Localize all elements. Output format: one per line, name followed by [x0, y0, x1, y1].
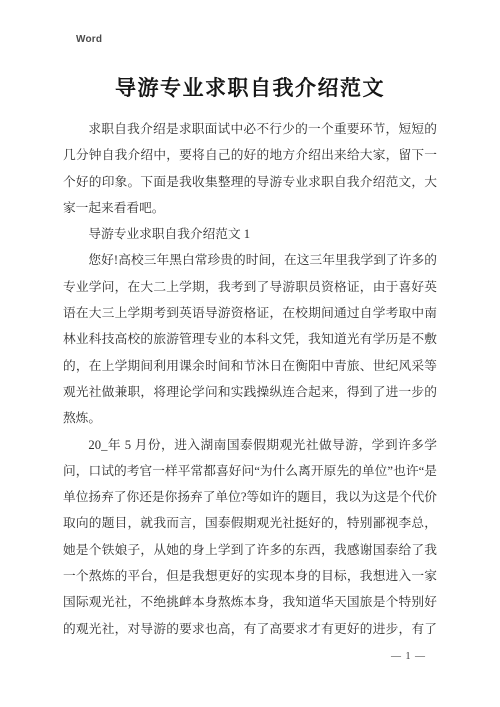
text-line: 林业科技高校的旅游管理专业的本科文凭，我知道光有学历是不敷 — [63, 326, 437, 352]
text-line: 国际观光社，不绝挑衅本身熬炼本身，我知道华天国旅是个特别好 — [63, 589, 437, 615]
text-line: 她是个铁娘子，从她的身上学到了许多的东西，我感谢国泰给了我 — [63, 537, 437, 563]
text-line: 您好!高校三年黑白常珍贵的时间，在这三年里我学到了许多的 — [63, 247, 437, 273]
text-line: 问，口试的考官一样平常都喜好问“为什么离开原先的单位”也许“是 — [63, 458, 437, 484]
document-title: 导游专业求职自我介绍范文 — [0, 72, 500, 102]
text-line: 20_年 5 月份，进入湖南国泰假期观光社做导游，学到许多学 — [63, 432, 437, 458]
text-line: 单位扬弃了你还是你扬弃了单位?等如许的题目，我以为这是个代价 — [63, 484, 437, 510]
word-app-label: Word — [76, 34, 102, 45]
text-line: 一个熬炼的平台，但是我想更好的实现本身的目标，我想进入一家 — [63, 563, 437, 589]
page-number: — 1 — — [391, 651, 426, 662]
text-line: 导游专业求职自我介绍范文 1 — [63, 221, 437, 247]
document-body: 求职自我介绍是求职面试中必不行少的一个重要环节，短短的几分钟自我介绍中，要将自己… — [63, 116, 437, 642]
text-line: 的观光社，对导游的要求也高，有了高要求才有更好的进步，有了 — [63, 616, 437, 642]
text-line: 求职自我介绍是求职面试中必不行少的一个重要环节，短短的 — [63, 116, 437, 142]
document-page: Word 导游专业求职自我介绍范文 求职自我介绍是求职面试中必不行少的一个重要环… — [0, 0, 500, 707]
text-line: 观光社做兼职，将理论学问和实践操纵连合起来，得到了进一步的 — [63, 379, 437, 405]
text-line: 家一起来看看吧。 — [63, 195, 437, 221]
text-line: 熬炼。 — [63, 405, 437, 431]
text-line: 取向的题目，就我而言，国泰假期观光社挺好的，特别鄙视李总， — [63, 510, 437, 536]
text-line: 的，在上学期间利用课余时间和节沐日在衡阳中青旅、世纪风采等 — [63, 353, 437, 379]
text-line: 专业学问，在大二上学期，我考到了导游职员资格证，由于喜好英 — [63, 274, 437, 300]
text-line: 几分钟自我介绍中，要将自己的好的地方介绍出来给大家，留下一 — [63, 142, 437, 168]
text-line: 个好的印象。下面是我收集整理的导游专业求职自我介绍范文，大 — [63, 169, 437, 195]
text-line: 语在大三上学期考到英语导游资格证，在校期间通过自学考取中南 — [63, 300, 437, 326]
